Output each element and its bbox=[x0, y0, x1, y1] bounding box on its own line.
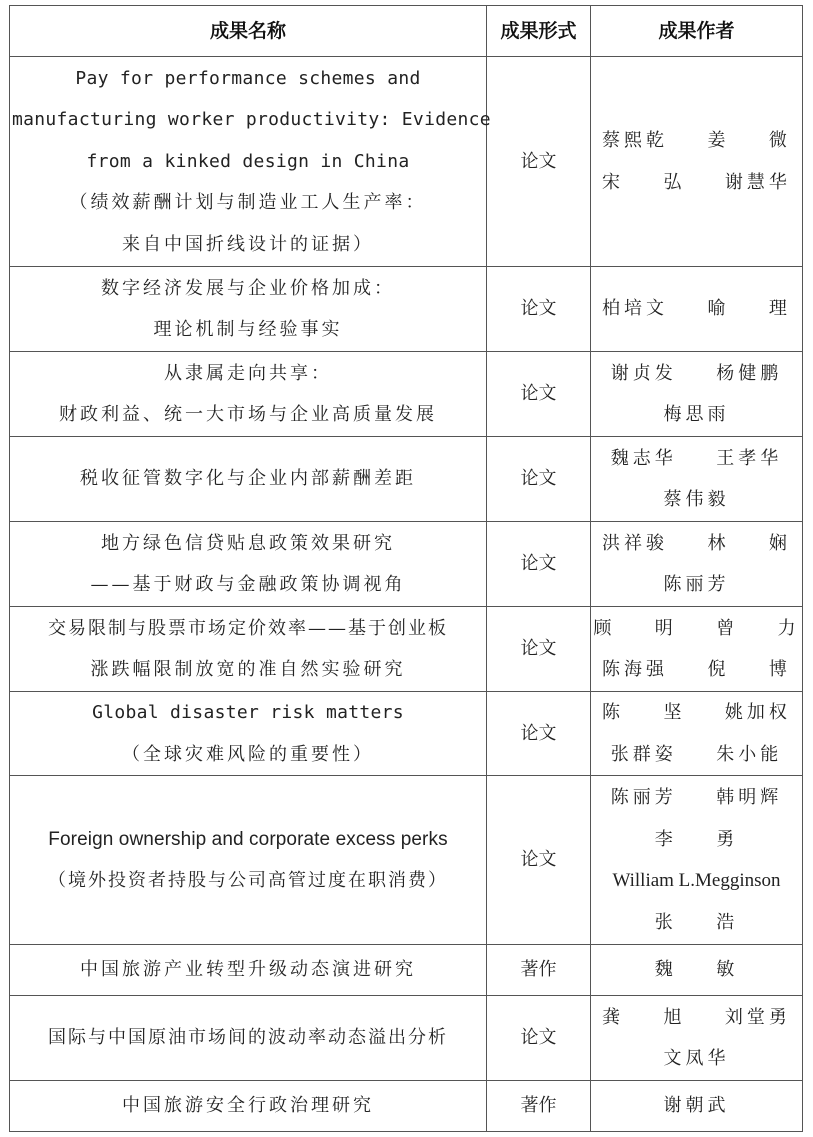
author-line: 文凤华 bbox=[593, 1038, 800, 1080]
title-cell: 数字经济发展与企业价格加成： 理论机制与经验事实 bbox=[10, 267, 487, 352]
author-line: 谢贞发 杨健鹏 bbox=[593, 353, 800, 395]
title-line: 中国旅游产业转型升级动态演进研究 bbox=[12, 949, 484, 991]
form-cell: 论文 bbox=[487, 692, 591, 776]
title-cell: Pay for performance schemes and manufact… bbox=[10, 57, 487, 267]
title-line: 交易限制与股票市场定价效率——基于创业板 bbox=[12, 608, 484, 650]
table-row: 地方绿色信贷贴息政策效果研究 ——基于财政与金融政策协调视角 论文 洪祥骏 林 … bbox=[10, 522, 803, 607]
title-line: manufacturing worker productivity: Evide… bbox=[12, 99, 484, 141]
title-line: 数字经济发展与企业价格加成： bbox=[12, 268, 484, 310]
form-cell: 著作 bbox=[487, 945, 591, 996]
author-line: 李 勇 bbox=[593, 819, 800, 861]
author-line: 陈丽芳 bbox=[593, 564, 800, 606]
title-line: 中国旅游安全行政治理研究 bbox=[12, 1085, 484, 1127]
authors-cell: 陈 坚 姚加权 张群姿 朱小能 bbox=[591, 692, 803, 776]
form-cell: 论文 bbox=[487, 996, 591, 1081]
title-cell: 交易限制与股票市场定价效率——基于创业板 涨跌幅限制放宽的准自然实验研究 bbox=[10, 607, 487, 692]
form-cell: 论文 bbox=[487, 352, 591, 437]
title-cell: 国际与中国原油市场间的波动率动态溢出分析 bbox=[10, 996, 487, 1081]
title-line: 从隶属走向共享： bbox=[12, 353, 484, 395]
author-line: 谢朝武 bbox=[593, 1085, 800, 1127]
table-row: Pay for performance schemes and manufact… bbox=[10, 57, 803, 267]
header-title: 成果名称 bbox=[10, 6, 487, 57]
title-line: 财政利益、统一大市场与企业高质量发展 bbox=[12, 394, 484, 436]
title-cell: 税收征管数字化与企业内部薪酬差距 bbox=[10, 437, 487, 522]
title-cell: 从隶属走向共享： 财政利益、统一大市场与企业高质量发展 bbox=[10, 352, 487, 437]
authors-cell: 龚 旭 刘堂勇 文凤华 bbox=[591, 996, 803, 1081]
authors-cell: 顾 明 曾 力 陈海强 倪 博 bbox=[591, 607, 803, 692]
title-cell: Foreign ownership and corporate excess p… bbox=[10, 776, 487, 945]
table-row: 从隶属走向共享： 财政利益、统一大市场与企业高质量发展 论文 谢贞发 杨健鹏 梅… bbox=[10, 352, 803, 437]
title-line: 税收征管数字化与企业内部薪酬差距 bbox=[12, 458, 484, 500]
authors-cell: 洪祥骏 林 娴 陈丽芳 bbox=[591, 522, 803, 607]
authors-cell: 谢贞发 杨健鹏 梅思雨 bbox=[591, 352, 803, 437]
author-line: 洪祥骏 林 娴 bbox=[593, 523, 800, 565]
author-line: 张群姿 朱小能 bbox=[593, 734, 800, 776]
title-cell: 中国旅游安全行政治理研究 bbox=[10, 1081, 487, 1132]
header-form: 成果形式 bbox=[487, 6, 591, 57]
title-line: Foreign ownership and corporate excess p… bbox=[12, 819, 484, 861]
table-row: Global disaster risk matters （全球灾难风险的重要性… bbox=[10, 692, 803, 776]
title-line: （绩效薪酬计划与制造业工人生产率： bbox=[12, 182, 484, 224]
author-line: 梅思雨 bbox=[593, 394, 800, 436]
table-row: 交易限制与股票市场定价效率——基于创业板 涨跌幅限制放宽的准自然实验研究 论文 … bbox=[10, 607, 803, 692]
table-row: 中国旅游安全行政治理研究 著作 谢朝武 bbox=[10, 1081, 803, 1132]
title-cell: Global disaster risk matters （全球灾难风险的重要性… bbox=[10, 692, 487, 776]
author-line: 龚 旭 刘堂勇 bbox=[593, 997, 800, 1039]
authors-cell: 魏志华 王孝华 蔡伟毅 bbox=[591, 437, 803, 522]
form-cell: 论文 bbox=[487, 776, 591, 945]
title-line: （全球灾难风险的重要性） bbox=[12, 734, 484, 776]
author-line: 张 浩 bbox=[593, 902, 800, 944]
form-cell: 论文 bbox=[487, 57, 591, 267]
form-cell: 论文 bbox=[487, 267, 591, 352]
title-line: from a kinked design in China bbox=[12, 141, 484, 183]
title-line: Global disaster risk matters bbox=[12, 692, 484, 734]
title-line: 理论机制与经验事实 bbox=[12, 309, 484, 351]
authors-cell: 柏培文 喻 理 bbox=[591, 267, 803, 352]
author-line: 魏 敏 bbox=[593, 949, 800, 991]
authors-cell: 谢朝武 bbox=[591, 1081, 803, 1132]
title-line: （境外投资者持股与公司高管过度在职消费） bbox=[12, 860, 484, 902]
authors-cell: 蔡熙乾 姜 微 宋 弘 谢慧华 bbox=[591, 57, 803, 267]
title-cell: 中国旅游产业转型升级动态演进研究 bbox=[10, 945, 487, 996]
author-line: 蔡熙乾 姜 微 bbox=[593, 120, 800, 162]
results-table: 成果名称 成果形式 成果作者 Pay for performance schem… bbox=[9, 5, 803, 1132]
author-line: 宋 弘 谢慧华 bbox=[593, 162, 800, 204]
title-cell: 地方绿色信贷贴息政策效果研究 ——基于财政与金融政策协调视角 bbox=[10, 522, 487, 607]
author-line: 柏培文 喻 理 bbox=[593, 288, 800, 330]
title-line: Pay for performance schemes and bbox=[12, 58, 484, 100]
author-line: 陈 坚 姚加权 bbox=[593, 692, 800, 734]
table-row: 税收征管数字化与企业内部薪酬差距 论文 魏志华 王孝华 蔡伟毅 bbox=[10, 437, 803, 522]
form-cell: 论文 bbox=[487, 522, 591, 607]
title-line: ——基于财政与金融政策协调视角 bbox=[12, 564, 484, 606]
table-row: 中国旅游产业转型升级动态演进研究 著作 魏 敏 bbox=[10, 945, 803, 996]
author-line: 蔡伟毅 bbox=[593, 479, 800, 521]
form-cell: 论文 bbox=[487, 607, 591, 692]
form-cell: 论文 bbox=[487, 437, 591, 522]
title-line: 涨跌幅限制放宽的准自然实验研究 bbox=[12, 649, 484, 691]
title-line: 来自中国折线设计的证据） bbox=[12, 224, 484, 266]
authors-cell: 魏 敏 bbox=[591, 945, 803, 996]
authors-cell: 陈丽芳 韩明辉 李 勇 William L.Megginson 张 浩 bbox=[591, 776, 803, 945]
table-row: Foreign ownership and corporate excess p… bbox=[10, 776, 803, 945]
header-authors: 成果作者 bbox=[591, 6, 803, 57]
table-row: 国际与中国原油市场间的波动率动态溢出分析 论文 龚 旭 刘堂勇 文凤华 bbox=[10, 996, 803, 1081]
title-line: 地方绿色信贷贴息政策效果研究 bbox=[12, 523, 484, 565]
author-line: 陈丽芳 韩明辉 bbox=[593, 777, 800, 819]
title-line: 国际与中国原油市场间的波动率动态溢出分析 bbox=[12, 1017, 484, 1059]
header-row: 成果名称 成果形式 成果作者 bbox=[10, 6, 803, 57]
author-line: William L.Megginson bbox=[593, 860, 800, 902]
form-cell: 著作 bbox=[487, 1081, 591, 1132]
table-row: 数字经济发展与企业价格加成： 理论机制与经验事实 论文 柏培文 喻 理 bbox=[10, 267, 803, 352]
author-line: 顾 明 曾 力 bbox=[593, 608, 800, 650]
author-line: 魏志华 王孝华 bbox=[593, 438, 800, 480]
author-line: 陈海强 倪 博 bbox=[593, 649, 800, 691]
